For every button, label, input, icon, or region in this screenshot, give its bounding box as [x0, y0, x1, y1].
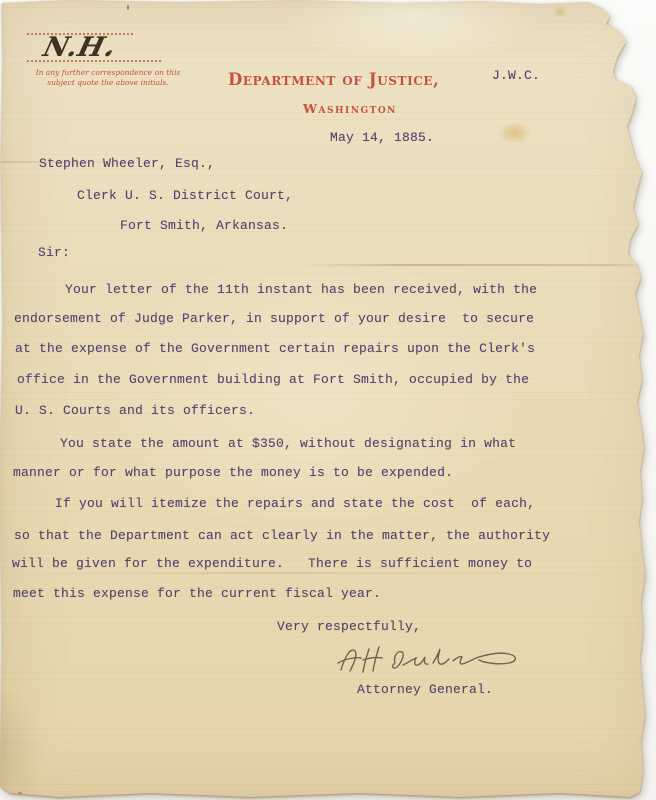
body-line: manner or for what purpose the money is …: [13, 465, 453, 480]
reference-initials-handwritten: N.H.: [40, 32, 119, 63]
reference-instruction-line1: In any further correspondence on this: [26, 68, 190, 78]
recipient-location: Fort Smith, Arkansas.: [120, 218, 288, 233]
body-line: will be given for the expenditure. There…: [12, 556, 532, 571]
salutation: Sir:: [38, 245, 70, 260]
body-line: at the expense of the Government certain…: [15, 341, 535, 356]
fold-crease: [300, 264, 656, 266]
body-line: meet this expense for the current fiscal…: [13, 586, 381, 601]
clerk-initials: J.W.C.: [492, 68, 540, 83]
signature-handwritten: [333, 641, 523, 679]
ink-speck: [18, 792, 22, 796]
fold-crease: [0, 572, 656, 574]
body-line: Your letter of the 11th instant has been…: [65, 282, 537, 297]
reference-instruction-line2: subject quote the above initials.: [26, 78, 190, 88]
ink-speck: [127, 5, 129, 10]
body-line: If you will itemize the repairs and stat…: [55, 496, 535, 511]
body-line: so that the Department can act clearly i…: [14, 528, 550, 543]
signer-title: Attorney General.: [357, 682, 493, 697]
body-line: You state the amount at $350, without de…: [60, 436, 516, 451]
body-line: endorsement of Judge Parker, in support …: [14, 311, 534, 326]
letter-paper: N.H. In any further correspondence on th…: [0, 0, 656, 800]
dotted-rule-bottom: [27, 60, 161, 62]
scan-background: N.H. In any further correspondence on th…: [0, 0, 656, 800]
letterhead-department-title: Department of Justice,: [228, 70, 440, 89]
body-line: U. S. Courts and its officers.: [15, 403, 255, 418]
paper-shadow-wrap: N.H. In any further correspondence on th…: [0, 0, 656, 800]
body-line: office in the Government building at For…: [17, 372, 529, 387]
letterhead-city: Washington: [303, 101, 397, 116]
letter-date: May 14, 1885.: [330, 130, 434, 145]
recipient-title: Clerk U. S. District Court,: [77, 188, 293, 203]
valediction: Very respectfully,: [277, 619, 421, 634]
recipient-name: Stephen Wheeler, Esq.,: [39, 156, 215, 171]
